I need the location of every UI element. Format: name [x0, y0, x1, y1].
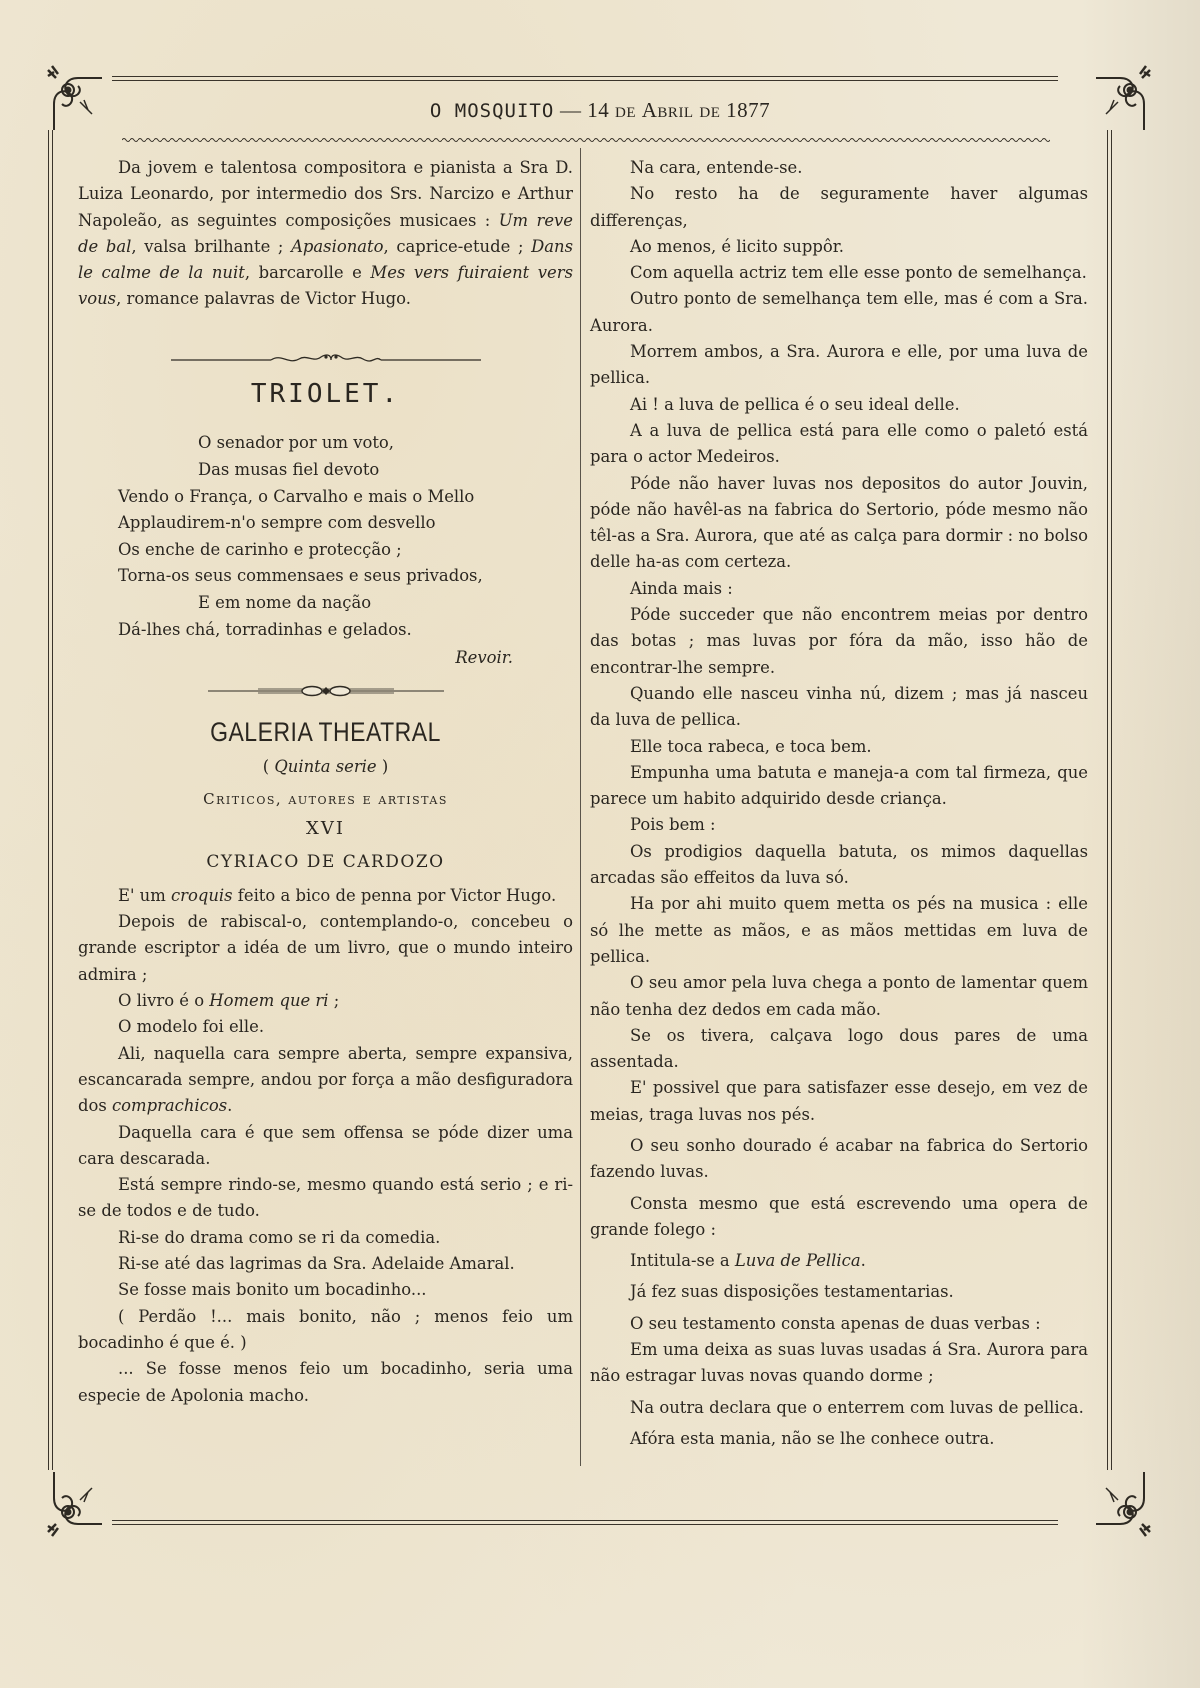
date-year: 1877: [726, 98, 770, 122]
corner-ornament-icon: [44, 1468, 108, 1540]
article-paragraph: O seu sonho dourado é acabar na fabrica …: [590, 1133, 1088, 1186]
article-paragraph: Morrem ambos, a Sra. Aurora e elle, por …: [590, 339, 1088, 392]
poem-line: Das musas fiel devoto: [118, 457, 573, 484]
article-paragraph: Ao menos, é licito suppôr.: [590, 234, 1088, 260]
article-paragraph: E' possivel que para satisfazer esse des…: [590, 1075, 1088, 1128]
article-paragraph: A a luva de pellica está para elle como …: [590, 418, 1088, 471]
section-subtitle: Criticos, autores e artistas: [78, 786, 573, 812]
article-paragraph: O seu testamento consta apenas de duas v…: [590, 1311, 1088, 1337]
header-wavy-rule: [122, 136, 1050, 144]
series-label: ( Quinta serie ): [78, 754, 573, 780]
article-paragraph: Intitula-se a Luva de Pellica.: [590, 1248, 1088, 1274]
date-preposition: de: [699, 98, 720, 122]
corner-ornament-icon: [1090, 1468, 1154, 1540]
article-paragraph: Ri-se até das lagrimas da Sra. Adelaide …: [78, 1251, 573, 1277]
article-paragraph: Depois de rabiscal-o, contemplando-o, co…: [78, 909, 573, 988]
article-paragraph: Ali, naquella cara sempre aberta, sempre…: [78, 1041, 573, 1120]
ornamental-divider-icon: [208, 685, 444, 697]
article-paragraph: Empunha uma batuta e maneja-a com tal fi…: [590, 760, 1088, 813]
article-paragraph: Outro ponto de semelhança tem elle, mas …: [590, 286, 1088, 339]
frame-top-rule: [112, 76, 1058, 81]
newspaper-title: O MOSQUITO: [430, 100, 554, 122]
poem-line: O senador por um voto,: [118, 430, 573, 457]
article-paragraph: Com aquella actriz tem elle esse ponto d…: [590, 260, 1088, 286]
column-divider: [580, 148, 581, 1466]
article-paragraph: ... Se fosse menos feio um bocadinho, se…: [78, 1356, 573, 1409]
article-paragraph: Se fosse mais bonito um bocadinho...: [78, 1277, 573, 1303]
article-paragraph: Afóra esta mania, não se lhe conhece out…: [590, 1426, 1088, 1452]
article-paragraph: Está sempre rindo-se, mesmo quando está …: [78, 1172, 573, 1225]
article-paragraph: Ai ! a luva de pellica é o seu ideal del…: [590, 392, 1088, 418]
frame-left-rule: [48, 130, 53, 1470]
music-notice-paragraph: Da jovem e talentosa compositora e piani…: [78, 155, 573, 313]
article-paragraph: O seu amor pela luva chega a ponto de la…: [590, 970, 1088, 1023]
poem-signature: Revoir.: [78, 645, 573, 671]
article-paragraph: ( Perdão !... mais bonito, não ; menos f…: [78, 1304, 573, 1357]
article-paragraph: Ha por ahi muito quem metta os pés na mu…: [590, 891, 1088, 970]
roman-numeral: XVI: [78, 816, 573, 842]
poem-line: E em nome da nação: [118, 590, 573, 617]
page-header: O MOSQUITO — 14 de Abril de 1877: [0, 98, 1200, 123]
triolet-title: TRIOLET.: [78, 379, 573, 409]
poem-line: Vendo o França, o Carvalho e mais o Mell…: [118, 484, 573, 511]
frame-bottom-rule: [112, 1520, 1058, 1525]
article-paragraph: Pois bem :: [590, 812, 1088, 838]
article-paragraph: Se os tivera, calçava logo dous pares de…: [590, 1023, 1088, 1076]
poem-line: Torna-os seus commensaes e seus privados…: [118, 563, 573, 590]
triolet-poem: O senador por um voto, Das musas fiel de…: [118, 430, 573, 643]
article-paragraph: O modelo foi elle.: [78, 1014, 573, 1040]
left-column: Da jovem e talentosa compositora e piani…: [78, 155, 573, 1409]
date-day: 14: [587, 98, 609, 122]
article-paragraph: Consta mesmo que está escrevendo uma ope…: [590, 1191, 1088, 1244]
article-paragraph: Elle toca rabeca, e toca bem.: [590, 734, 1088, 760]
article-paragraph: O livro é o Homem que ri ;: [78, 988, 573, 1014]
article-paragraph: Quando elle nasceu vinha nú, dizem ; mas…: [590, 681, 1088, 734]
article-paragraph: Em uma deixa as suas luvas usadas á Sra.…: [590, 1337, 1088, 1390]
article-paragraph: Na outra declara que o enterrem com luva…: [590, 1395, 1088, 1421]
article-paragraph: Póde succeder que não encontrem meias po…: [590, 602, 1088, 681]
subject-name: CYRIACO DE CARDOZO: [78, 849, 573, 875]
article-paragraph: Já fez suas disposições testamentarias.: [590, 1279, 1088, 1305]
poem-line: Applaudirem-n'o sempre com desvello: [118, 510, 573, 537]
article-paragraph: Na cara, entende-se.: [590, 155, 1088, 181]
right-column: Na cara, entende-se. No resto ha de segu…: [590, 155, 1088, 1452]
article-paragraph: Ri-se do drama como se ri da comedia.: [78, 1225, 573, 1251]
article-paragraph: No resto ha de seguramente haver algumas…: [590, 181, 1088, 234]
galeria-theatral-title: GALERIA THEATRAL: [78, 717, 573, 747]
article-paragraph: Os prodigios daquella batuta, os mimos d…: [590, 839, 1088, 892]
poem-line: Os enche de carinho e protecção ;: [118, 537, 573, 564]
date-month: Abril: [642, 98, 694, 122]
article-paragraph: Póde não haver luvas nos depositos do au…: [590, 471, 1088, 576]
frame-right-rule: [1107, 130, 1112, 1470]
date-preposition: de: [615, 98, 636, 122]
poem-line: Dá-lhes chá, torradinhas e gelados.: [118, 617, 573, 644]
header-separator: —: [560, 98, 582, 122]
article-paragraph: Daquella cara é que sem offensa se póde …: [78, 1120, 573, 1173]
ornamental-divider-icon: [171, 351, 481, 367]
article-paragraph: E' um croquis feito a bico de penna por …: [78, 883, 573, 909]
article-paragraph: Ainda mais :: [590, 576, 1088, 602]
